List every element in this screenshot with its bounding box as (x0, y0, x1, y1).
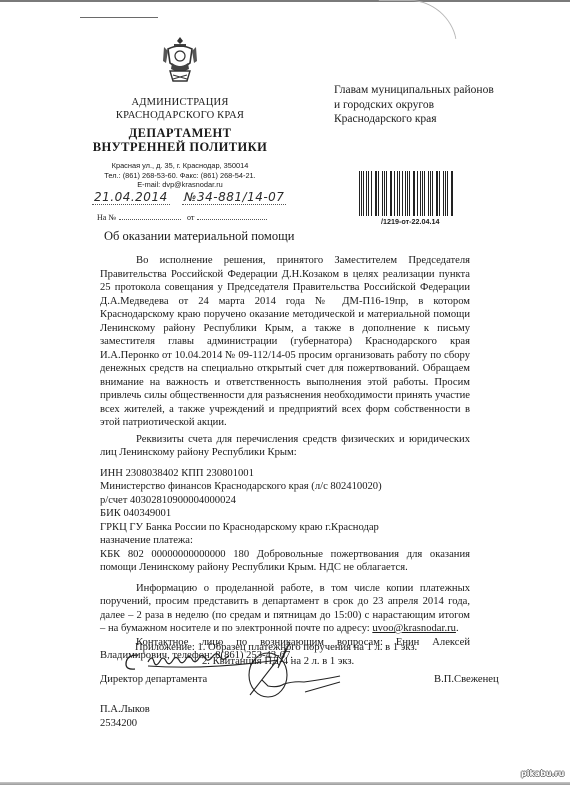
paragraph-requisites-intro: Реквизиты счета для перечисления средств… (100, 433, 470, 460)
requisites-list: ИНН 2308038402 КПП 230801001 Министерств… (100, 467, 470, 548)
handwritten-signature-icon (100, 640, 360, 700)
paragraph-report: Информацию о проделанной работе, в том ч… (100, 582, 470, 636)
watermark: pikabu.ru (521, 769, 564, 778)
barcode-bar (399, 171, 400, 216)
barcode-bar (371, 171, 372, 216)
paragraph-main: Во исполнение решения, принятого Замести… (100, 254, 470, 430)
payment-purpose: КБК 802 00000000000000 180 Добровольные … (100, 548, 470, 575)
address: Красная ул., д. 35, г. Краснодар, 350014 (80, 161, 280, 171)
subject-line: Об оказании материальной помощи (104, 229, 294, 244)
barcode-bar (413, 171, 414, 216)
requisite-bik: БИК 040349001 (100, 507, 470, 521)
contacts-block: Красная ул., д. 35, г. Краснодар, 350014… (80, 161, 280, 190)
corner-mark (80, 17, 158, 18)
barcode-bar (390, 171, 391, 216)
executor-name: П.А.Лыков (100, 703, 150, 717)
barcode-label: /1219-от-22.04.14 (381, 217, 439, 226)
reference-line: На №от (97, 213, 267, 222)
phones: Тел.: (861) 268-53-60. Факс: (861) 268-5… (80, 171, 280, 181)
barcode-bar (378, 171, 379, 216)
requisite-inn: ИНН 2308038402 КПП 230801001 (100, 467, 470, 481)
barcode-bar (447, 171, 448, 216)
report-end: . (456, 623, 459, 634)
barcode-bar (432, 171, 433, 216)
dept-name-line1: ДЕПАРТАМЕНТ (80, 126, 280, 140)
letterhead: АДМИНИСТРАЦИЯ КРАСНОДАРСКОГО КРАЯ ДЕПАРТ… (80, 35, 280, 190)
requisite-account: р/счет 40302810900004000024 (100, 494, 470, 508)
admin-name-line1: АДМИНИСТРАЦИЯ (80, 96, 280, 109)
barcode-bar (366, 171, 367, 216)
letter-body: Во исполнение решения, принятого Замести… (100, 254, 470, 663)
email: E-mail: dvp@krasnodar.ru (80, 180, 280, 190)
barcode-bar (424, 171, 425, 216)
scan-top-edge (0, 0, 570, 2)
addressee-line3: Краснодарского края (334, 112, 554, 127)
requisite-bank: ГРКЦ ГУ Банка России по Краснодарскому к… (100, 521, 470, 535)
addressee-line2: и городских округов (334, 98, 554, 113)
ref-from-blank (197, 219, 267, 220)
barcode-bar (386, 171, 387, 216)
executor-phone: 2534200 (100, 717, 150, 731)
registration-line: 21.04.2014 №34-881/14-07 (92, 190, 286, 204)
requisite-purpose-label: назначение платежа: (100, 534, 470, 548)
registration-number: №34-881/14-07 (182, 190, 286, 205)
coat-of-arms-icon (160, 35, 200, 85)
ref-from-label: от (187, 213, 194, 222)
ref-number-label: На № (97, 213, 116, 222)
registration-date: 21.04.2014 (92, 190, 170, 205)
barcode-bar (359, 171, 360, 216)
signer-name: В.П.Свеженец (434, 674, 499, 685)
requisite-ministry: Министерство финансов Краснодарского кра… (100, 480, 470, 494)
admin-name-line2: КРАСНОДАРСКОГО КРАЯ (80, 109, 280, 122)
executor-block: П.А.Лыков 2534200 (100, 703, 150, 730)
report-email-link[interactable]: uvoo@krasnodar.ru (372, 623, 456, 634)
barcode (359, 171, 455, 216)
paper-crease (379, 0, 457, 39)
dept-name-line2: ВНУТРЕННЕЙ ПОЛИТИКИ (80, 140, 280, 154)
signer-title: Директор департамента (100, 674, 207, 685)
addressee-block: Главам муниципальных районов и городских… (334, 83, 554, 127)
barcode-bar (420, 171, 421, 216)
ref-number-blank (119, 219, 181, 220)
barcode-bar (405, 171, 406, 216)
barcode-bar (452, 171, 453, 216)
addressee-line1: Главам муниципальных районов (334, 83, 554, 98)
barcode-bar (439, 171, 440, 216)
